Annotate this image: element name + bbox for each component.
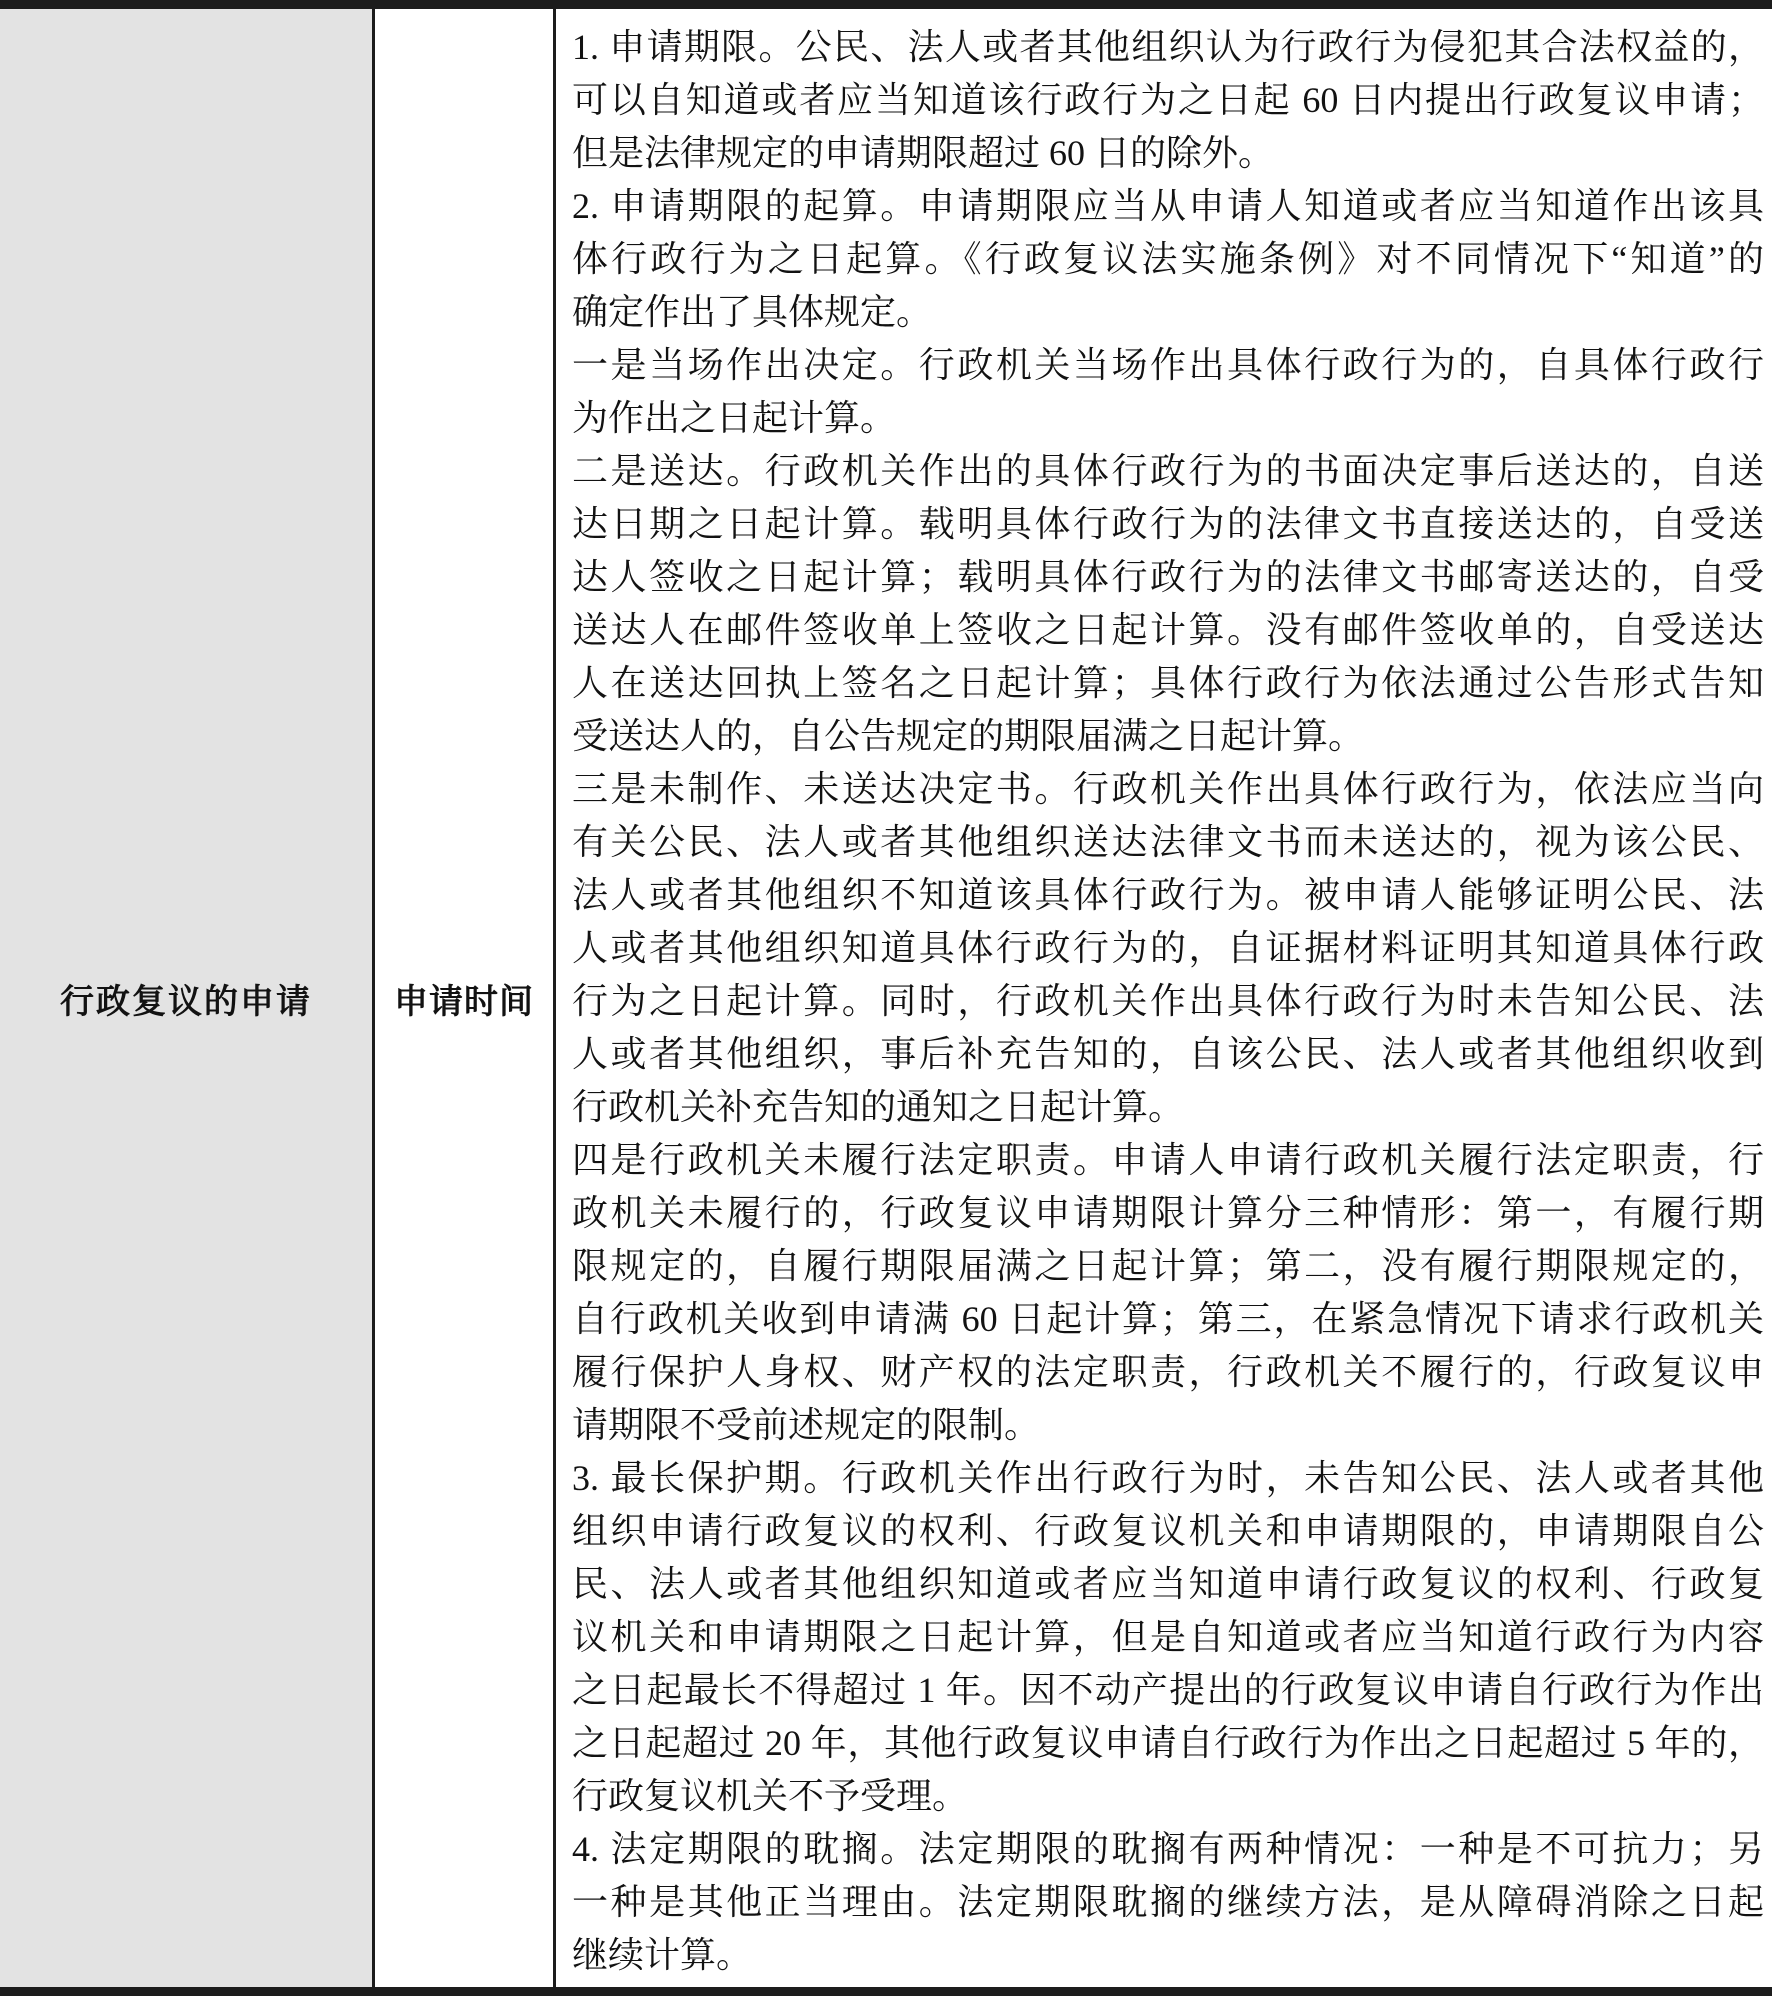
content-line: 可以自知道或者应当知道该行政行为之日起 60 日内提出行政复议申请； [572, 74, 1764, 127]
content-line: 有关公民、法人或者其他组织送达法律文书而未送达的，视为该公民、 [572, 816, 1764, 869]
content-line: 人或者其他组织，事后补充告知的，自该公民、法人或者其他组织收到 [572, 1028, 1764, 1081]
content-line: 送达人在邮件签收单上签收之日起计算。没有邮件签收单的，自受送达 [572, 604, 1764, 657]
content-line: 请期限不受前述规定的限制。 [572, 1399, 1764, 1452]
content-line: 履行保护人身权、财产权的法定职责，行政机关不履行的，行政复议申 [572, 1346, 1764, 1399]
content-line: 政机关未履行的，行政复议申请期限计算分三种情形：第一，有履行期 [572, 1187, 1764, 1240]
content-line: 行为之日起计算。同时，行政机关作出具体行政行为时未告知公民、法 [572, 975, 1764, 1028]
content-line: 为作出之日起计算。 [572, 392, 1764, 445]
content-cell: 1. 申请期限。公民、法人或者其他组织认为行政行为侵犯其合法权益的， 可以自知道… [556, 9, 1772, 1987]
content-line: 行政复议机关不予受理。 [572, 1770, 1764, 1823]
sub-header-label: 申请时间 [394, 974, 534, 1023]
content-line: 法人或者其他组织不知道该具体行政行为。被申请人能够证明公民、法 [572, 869, 1764, 922]
row-header-cell: 行政复议的申请 [0, 9, 375, 1987]
reconsideration-table: 行政复议的申请 申请时间 1. 申请期限。公民、法人或者其他组织认为行政行为侵犯… [0, 0, 1772, 1996]
content-line: 民、法人或者其他组织知道或者应当知道申请行政复议的权利、行政复 [572, 1558, 1764, 1611]
document-page: 行政复议的申请 申请时间 1. 申请期限。公民、法人或者其他组织认为行政行为侵犯… [0, 0, 1772, 1996]
content-line: 继续计算。 [572, 1929, 1764, 1982]
content-line: 议机关和申请期限之日起计算，但是自知道或者应当知道行政行为内容 [572, 1611, 1764, 1664]
content-line: 体行政行为之日起算。《行政复议法实施条例》对不同情况下“知道”的 [572, 233, 1764, 286]
content-line: 之日起最长不得超过 1 年。因不动产提出的行政复议申请自行政行为作出 [572, 1664, 1764, 1717]
content-line: 之日起超过 20 年，其他行政复议申请自行政行为作出之日起超过 5 年的， [572, 1717, 1764, 1770]
content-line: 达人签收之日起计算；载明具体行政行为的法律文书邮寄送达的，自受 [572, 551, 1764, 604]
sub-header-cell: 申请时间 [375, 9, 556, 1987]
content-line: 人在送达回执上签名之日起计算；具体行政行为依法通过公告形式告知 [572, 657, 1764, 710]
content-line: 行政机关补充告知的通知之日起计算。 [572, 1081, 1764, 1134]
content-line: 二是送达。行政机关作出的具体行政行为的书面决定事后送达的，自送 [572, 445, 1764, 498]
content-line: 但是法律规定的申请期限超过 60 日的除外。 [572, 127, 1764, 180]
content-line: 1. 申请期限。公民、法人或者其他组织认为行政行为侵犯其合法权益的， [572, 21, 1764, 74]
content-line: 达日期之日起计算。载明具体行政行为的法律文书直接送达的，自受送 [572, 498, 1764, 551]
content-line: 三是未制作、未送达决定书。行政机关作出具体行政行为，依法应当向 [572, 763, 1764, 816]
content-line: 2. 申请期限的起算。申请期限应当从申请人知道或者应当知道作出该具 [572, 180, 1764, 233]
content-line: 限规定的，自履行期限届满之日起计算；第二，没有履行期限规定的， [572, 1240, 1764, 1293]
row-header-label: 行政复议的申请 [60, 974, 312, 1023]
content-line: 受送达人的，自公告规定的期限届满之日起计算。 [572, 710, 1764, 763]
content-line: 确定作出了具体规定。 [572, 286, 1764, 339]
content-line: 组织申请行政复议的权利、行政复议机关和申请期限的，申请期限自公 [572, 1505, 1764, 1558]
content-line: 四是行政机关未履行法定职责。申请人申请行政机关履行法定职责，行 [572, 1134, 1764, 1187]
content-line: 一是当场作出决定。行政机关当场作出具体行政行为的，自具体行政行 [572, 339, 1764, 392]
content-line: 自行政机关收到申请满 60 日起计算；第三，在紧急情况下请求行政机关 [572, 1293, 1764, 1346]
content-line: 3. 最长保护期。行政机关作出行政行为时，未告知公民、法人或者其他 [572, 1452, 1764, 1505]
content-line: 人或者其他组织知道具体行政行为的，自证据材料证明其知道具体行政 [572, 922, 1764, 975]
content-line: 4. 法定期限的耽搁。法定期限的耽搁有两种情况：一种是不可抗力；另 [572, 1823, 1764, 1876]
content-line: 一种是其他正当理由。法定期限耽搁的继续方法，是从障碍消除之日起 [572, 1876, 1764, 1929]
